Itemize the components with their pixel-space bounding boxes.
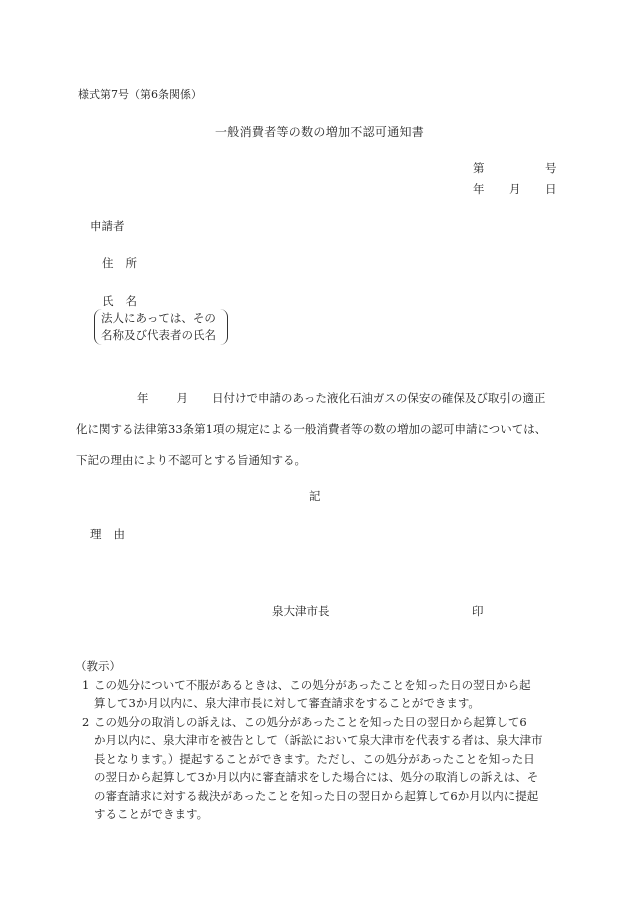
applicant-label: 申請者: [90, 218, 125, 234]
appeal-notice-line: の審査請求に対する裁決があったことを知った日の翌日から起算して6か月以内に提起: [94, 787, 566, 806]
form-number: 様式第7号（第6条関係）: [78, 86, 202, 102]
date-month: 月: [509, 181, 521, 197]
reference-go: 号: [545, 160, 557, 176]
notice-body: 年月日付けで申請のあった液化石油ガスの保安の確保及び取引の適正 化に関する法律第…: [76, 383, 556, 476]
corporate-name-note: 法人にあっては、その 名称及び代表者の氏名: [94, 309, 228, 345]
appeal-notice-line: することができます。: [94, 805, 566, 824]
seal-mark: 印: [472, 603, 484, 619]
ki-heading: 記: [309, 488, 321, 504]
reason-label: 理由: [90, 526, 137, 542]
document-title: 一般消費者等の数の増加不認可通知書: [215, 123, 424, 140]
reference-dai: 第: [473, 160, 485, 176]
corporate-note-line-2: 名称及び代表者の氏名: [101, 327, 223, 344]
appeal-notice-line: 長となります。）提起することができます。ただし、この処分があったことを知った日: [94, 750, 566, 769]
body-month: 月: [177, 391, 189, 405]
name-label-char-1: 氏: [102, 294, 114, 308]
date-year: 年: [473, 181, 485, 197]
corporate-note-line-1: 法人にあっては、その: [101, 310, 223, 327]
body-line-3: 下記の理由により不認可とする旨通知する。: [76, 445, 556, 476]
issuer-name: 泉大津市長: [272, 603, 330, 619]
address-label-char-2: 所: [126, 256, 138, 270]
appeal-notice-item: 1 この処分について不服があるときは、この処分があったことを知った日の翌日から起…: [76, 676, 566, 713]
appeal-notice-line: か月以内に、泉大津市を被告として（訴訟において泉大津市を代表する者は、泉大津市: [94, 731, 566, 750]
body-line-1-rest: 日付けで申請のあった液化石油ガスの保安の確保及び取引の適正: [212, 391, 545, 405]
address-label-char-1: 住: [102, 256, 114, 270]
address-label: 住所: [102, 255, 149, 271]
appeal-notice-item-number: 1: [82, 676, 89, 695]
name-label-char-2: 名: [126, 294, 138, 308]
body-line-1: 年月日付けで申請のあった液化石油ガスの保安の確保及び取引の適正: [76, 383, 556, 414]
body-line-2: 化に関する法律第33条第1項の規定による一般消費者等の数の増加の認可申請について…: [76, 414, 556, 445]
appeal-notice: （教示） 1 この処分について不服があるときは、この処分があったことを知った日の…: [76, 657, 566, 824]
date-day: 日: [545, 181, 557, 197]
reason-label-char-2: 由: [114, 527, 126, 541]
appeal-notice-title: （教示）: [75, 657, 566, 676]
appeal-notice-item: 2 この処分の取消しの訴えは、この処分があったことを知った日の翌日から起算して6…: [76, 713, 566, 824]
appeal-notice-line: 算して3か月以内に、泉大津市長に対して審査請求をすることができます。: [94, 694, 566, 713]
name-label: 氏名: [102, 293, 149, 309]
appeal-notice-line: この処分について不服があるときは、この処分があったことを知った日の翌日から起: [94, 676, 566, 695]
reason-label-char-1: 理: [90, 527, 102, 541]
appeal-notice-item-number: 2: [82, 713, 89, 732]
appeal-notice-line: の翌日から起算して3か月以内に審査請求をした場合には、処分の取消しの訴えは、そ: [94, 768, 566, 787]
appeal-notice-line: この処分の取消しの訴えは、この処分があったことを知った日の翌日から起算して6: [94, 713, 566, 732]
body-year: 年: [137, 391, 149, 405]
